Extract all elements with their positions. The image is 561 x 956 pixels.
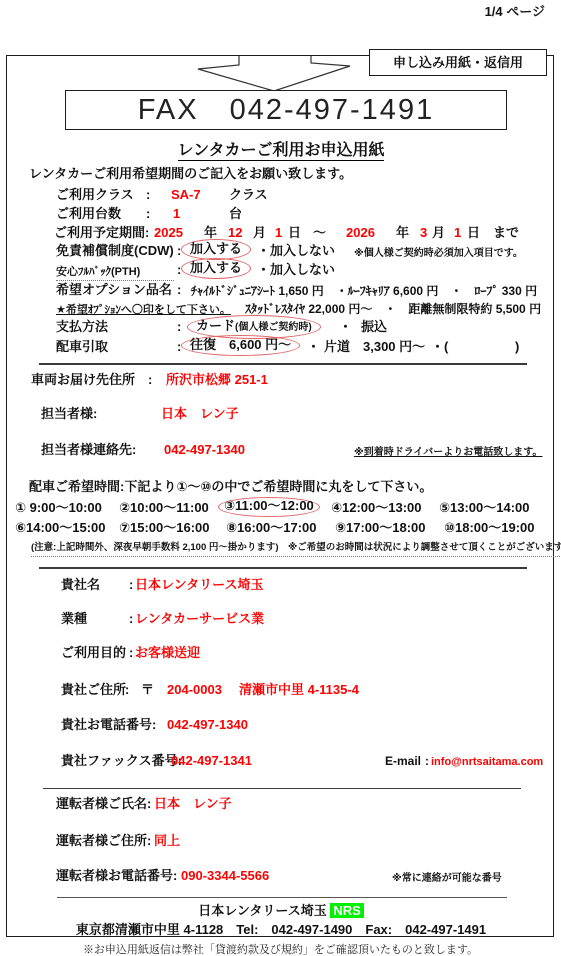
industry-value: レンタカーサービス業 (135, 611, 264, 627)
colon: : (146, 187, 150, 203)
time-slot-5: ⑤13:00～14:00 (439, 500, 530, 516)
colon: : (129, 577, 133, 593)
period-to-year: 2026 (346, 225, 375, 241)
pickup-other-close: ) (515, 339, 519, 355)
period-day-unit: 日 (288, 225, 301, 241)
time-slot-4: ④12:00～13:00 (331, 500, 422, 516)
section-divider (43, 788, 521, 789)
payment-card-note: (個人様ご契約時) (235, 322, 312, 333)
fax-application-page: 1/4 ページ 申し込み用紙・返信用 FAX 042-497-1491 レンタカ… (0, 0, 561, 956)
count-label: ご利用台数 (56, 206, 121, 222)
bottom-note: ※お申込用紙返信は弊社「貸渡約款及び規約」をご確認頂いたものと致します。 (0, 941, 561, 956)
footer-address-row: 東京都清瀬市中里 4-1128 Tel: 042-497-1490 Fax: 0… (7, 922, 555, 938)
form-border-box: 申し込み用紙・返信用 FAX 042-497-1491 レンタカーご利用お申込用… (6, 55, 554, 937)
driver-name-label: 運転者様ご氏名: (56, 796, 151, 812)
time-slot-9: ⑨17:00～18:00 (335, 520, 426, 536)
period-from-day: 1 (275, 225, 282, 241)
driver-name-value: 日本 レン子 (154, 796, 232, 812)
contact-phone-label: 担当者様連絡先: (41, 442, 136, 458)
section-divider (39, 567, 527, 569)
time-slot-6: ⑥14:00～15:00 (15, 520, 106, 536)
vehicle-address-value: 所沢市松郷 251-1 (166, 372, 268, 388)
colon: : (148, 372, 152, 388)
driver-phone-note: ※常に連絡が可能な番号 (392, 871, 502, 887)
colon: : (177, 319, 181, 335)
company-fax-value: 042-497-1341 (171, 753, 252, 769)
contact-label: 担当者様: (41, 406, 97, 422)
footer-divider (57, 897, 507, 898)
pth-label: 安心ﾌﾙﾊﾞｯｸ(PTH) (56, 264, 174, 281)
class-label: ご利用クラス (56, 187, 134, 203)
colon: : (177, 282, 181, 298)
time-note: (注意:上記時間外、深夜早朝手数料 2,100 円～掛かります) ※ご希望のお時… (31, 540, 561, 557)
pickup-label: 配車引取 (56, 339, 108, 355)
cdw-join-circled: 加入する (181, 239, 251, 260)
pickup-round-circled: 往復 6,600 円～ (181, 335, 300, 356)
class-suffix: クラス (229, 187, 268, 203)
payment-transfer: 振込 (361, 319, 387, 335)
company-name-value: 日本レンタリース埼玉 (135, 577, 264, 593)
options-label: 希望オプション品名 (56, 282, 172, 298)
contact-phone-value: 042-497-1340 (164, 442, 245, 458)
colon: : (129, 645, 133, 661)
driver-address-label: 運転者様ご住所: (56, 833, 151, 849)
time-slot-10: ⑩18:00～19:00 (444, 520, 535, 536)
period-tilde: ～ (313, 225, 326, 241)
fax-number: FAX 042-497-1491 (65, 90, 507, 130)
time-slot-1: ① 9:00～10:00 (15, 500, 102, 516)
period-suffix: まで (493, 225, 519, 241)
driver-address-value: 同上 (154, 833, 180, 849)
period-month-unit: 月 (253, 225, 266, 241)
cdw-note: ※個人様ご契約時必須加入項目です。 (354, 246, 523, 262)
dot-separator: ・ (307, 339, 320, 355)
count-suffix: 台 (229, 206, 242, 222)
email-label: E-mail (385, 753, 421, 769)
reply-label: 申し込み用紙・返信用 (369, 49, 547, 76)
postal-code: 204-0003 (167, 682, 222, 698)
period-from-year: 2025 (154, 225, 183, 241)
company-tel-label: 貴社お電話番号: (61, 717, 156, 733)
company-address-value: 清瀬市中里 4-1135-4 (239, 682, 359, 698)
time-slot-2: ②10:00～11:00 (119, 500, 209, 516)
vehicle-address-label: 車両お届け先住所 (31, 372, 135, 388)
colon: : (129, 611, 133, 627)
form-title: レンタカーご利用お申込用紙 (178, 142, 385, 161)
pth-no-join: 加入しない (270, 262, 335, 278)
colon: : (146, 206, 150, 222)
period-month-unit: 月 (432, 225, 445, 241)
period-label: ご利用予定期間: (54, 225, 149, 241)
time-slot-7: ⑦15:00～16:00 (119, 520, 210, 536)
company-address-label: 貴社ご住所 (61, 682, 126, 698)
cdw-no-join: 加入しない (270, 243, 335, 259)
page-indicator: 1/4 ページ (485, 4, 545, 20)
form-title-row: レンタカーご利用お申込用紙 (7, 137, 555, 160)
pickup-oneway: 片道 3,300 円～ (324, 339, 425, 355)
driver-phone-value: 090-3344-5566 (181, 868, 269, 884)
options-line1: ﾁｬｲﾙﾄﾞｼﾞｭﾆｱｼｰﾄ 1,650 円 ・ﾙｰﾌｷｬﾘｱ 6,600 円 … (191, 283, 537, 299)
period-to-month: 3 (420, 225, 427, 241)
options-note: ★希望ｵﾌﾟｼｮﾝへ〇印をして下さい。 (56, 302, 231, 318)
payment-label: 支払方法 (56, 319, 108, 335)
count-value: 1 (173, 206, 180, 222)
footer-nrs-badge: NRS (330, 903, 363, 918)
industry-label: 業種 (61, 611, 87, 627)
period-from-month: 12 (228, 225, 242, 241)
options-line2: ｽﾀｯﾄﾞﾚｽﾀｲﾔ 22,000 円～ ・ 距離無制限特約 5,500 円 (245, 301, 541, 317)
cdw-label: 免責補償制度(CDW) (56, 243, 174, 259)
dot-separator: ・ (257, 243, 270, 259)
intro-text: レンタカーご利用希望期間のご記入をお願い致します。 (29, 166, 352, 182)
period-day-unit: 日 (467, 225, 480, 241)
footer-company-name: 日本レンタリース埼玉 (198, 903, 327, 918)
colon: : (125, 682, 129, 698)
time-heading: 配車ご希望時間:下記より①～⑩の中でご希望時間に丸をして下さい。 (29, 479, 432, 495)
section-divider (39, 363, 527, 365)
time-slot-8: ⑧16:00～17:00 (226, 520, 317, 536)
dot-separator: ・ (339, 319, 352, 335)
time-slot-3-circled: ③11:00～12:00 (218, 497, 320, 517)
period-year-unit: 年 (396, 225, 409, 241)
pickup-other-open: ・( (431, 339, 448, 355)
driver-phone-label: 運転者様お電話番号: (56, 868, 177, 884)
pth-join-circled: 加入する (181, 258, 251, 279)
period-to-day: 1 (454, 225, 461, 241)
purpose-value: お客様送迎 (135, 645, 200, 661)
payment-card: カード (196, 318, 235, 333)
email-value: info@nrtsaitama.com (431, 754, 543, 770)
footer-company-row: 日本レンタリース埼玉 NRS (7, 903, 555, 919)
company-fax-label: 貴社ファックス番号: (61, 753, 182, 769)
purpose-label: ご利用目的 (61, 645, 126, 661)
company-tel-value: 042-497-1340 (167, 717, 248, 733)
class-value: SA-7 (171, 187, 201, 203)
dot-separator: ・ (257, 262, 270, 278)
contact-value: 日本 レン子 (161, 406, 239, 422)
postal-mark: 〒 (141, 682, 154, 698)
contact-phone-note: ※到着時ドライバーよりお電話致します。 (354, 445, 542, 461)
company-name-label: 貴社名 (61, 577, 100, 593)
colon: : (425, 753, 429, 769)
